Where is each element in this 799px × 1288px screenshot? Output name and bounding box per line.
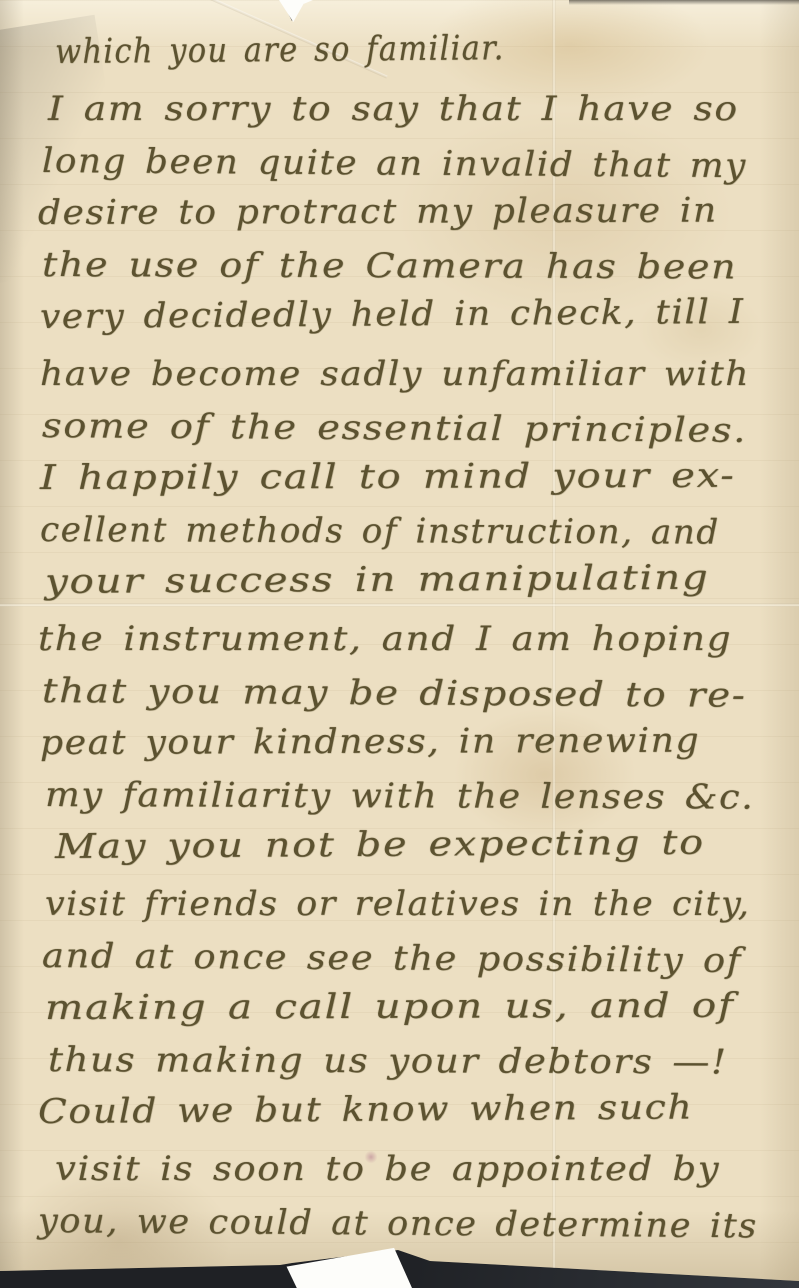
- handwriting-line: have become sadly unfamiliar with: [40, 354, 750, 394]
- handwriting-line: that you may be disposed to re-: [42, 671, 747, 716]
- handwriting-line: thus making us your debtors —!: [48, 1040, 728, 1082]
- handwriting-line: the use of the Camera has been: [42, 245, 737, 287]
- handwriting-line: I am sorry to say that I have so: [48, 89, 739, 129]
- handwriting-line: Could we but know when such: [38, 1087, 694, 1132]
- letter-body: which you are so familiar.I am sorry to …: [0, 0, 799, 1288]
- handwriting-line: your success in manipulating: [45, 558, 710, 602]
- handwriting-line: May you not be expecting to: [55, 823, 705, 867]
- paper-sheet: which you are so familiar.I am sorry to …: [0, 0, 799, 1288]
- handwriting-line: you, we could at once determine its: [38, 1201, 758, 1246]
- handwriting-line: I happily call to mind your ex-: [40, 456, 736, 498]
- scan-background: which you are so familiar.I am sorry to …: [0, 0, 799, 1288]
- handwriting-line: my familiarity with the lenses &c.: [45, 775, 755, 818]
- handwriting-line: very decidedly held in check, till I: [40, 292, 745, 337]
- handwriting-line: the instrument, and I am hoping: [38, 619, 732, 659]
- handwriting-line: visit is soon to be appointed by: [55, 1149, 720, 1189]
- handwriting-line: peat your kindness, in renewing: [40, 721, 700, 763]
- handwriting-line: some of the essential principles.: [42, 406, 747, 451]
- handwriting-line: and at once see the possibility of: [42, 936, 742, 981]
- handwriting-line: desire to protract my pleasure in: [38, 191, 718, 233]
- handwriting-line: long been quite an invalid that my: [42, 141, 747, 186]
- handwriting-line: making a call upon us, and of: [45, 986, 735, 1028]
- handwriting-line: cellent methods of instruction, and: [40, 510, 720, 553]
- handwriting-line: visit friends or relatives in the city,: [45, 884, 750, 924]
- handwriting-line: which you are so familiar.: [55, 28, 505, 72]
